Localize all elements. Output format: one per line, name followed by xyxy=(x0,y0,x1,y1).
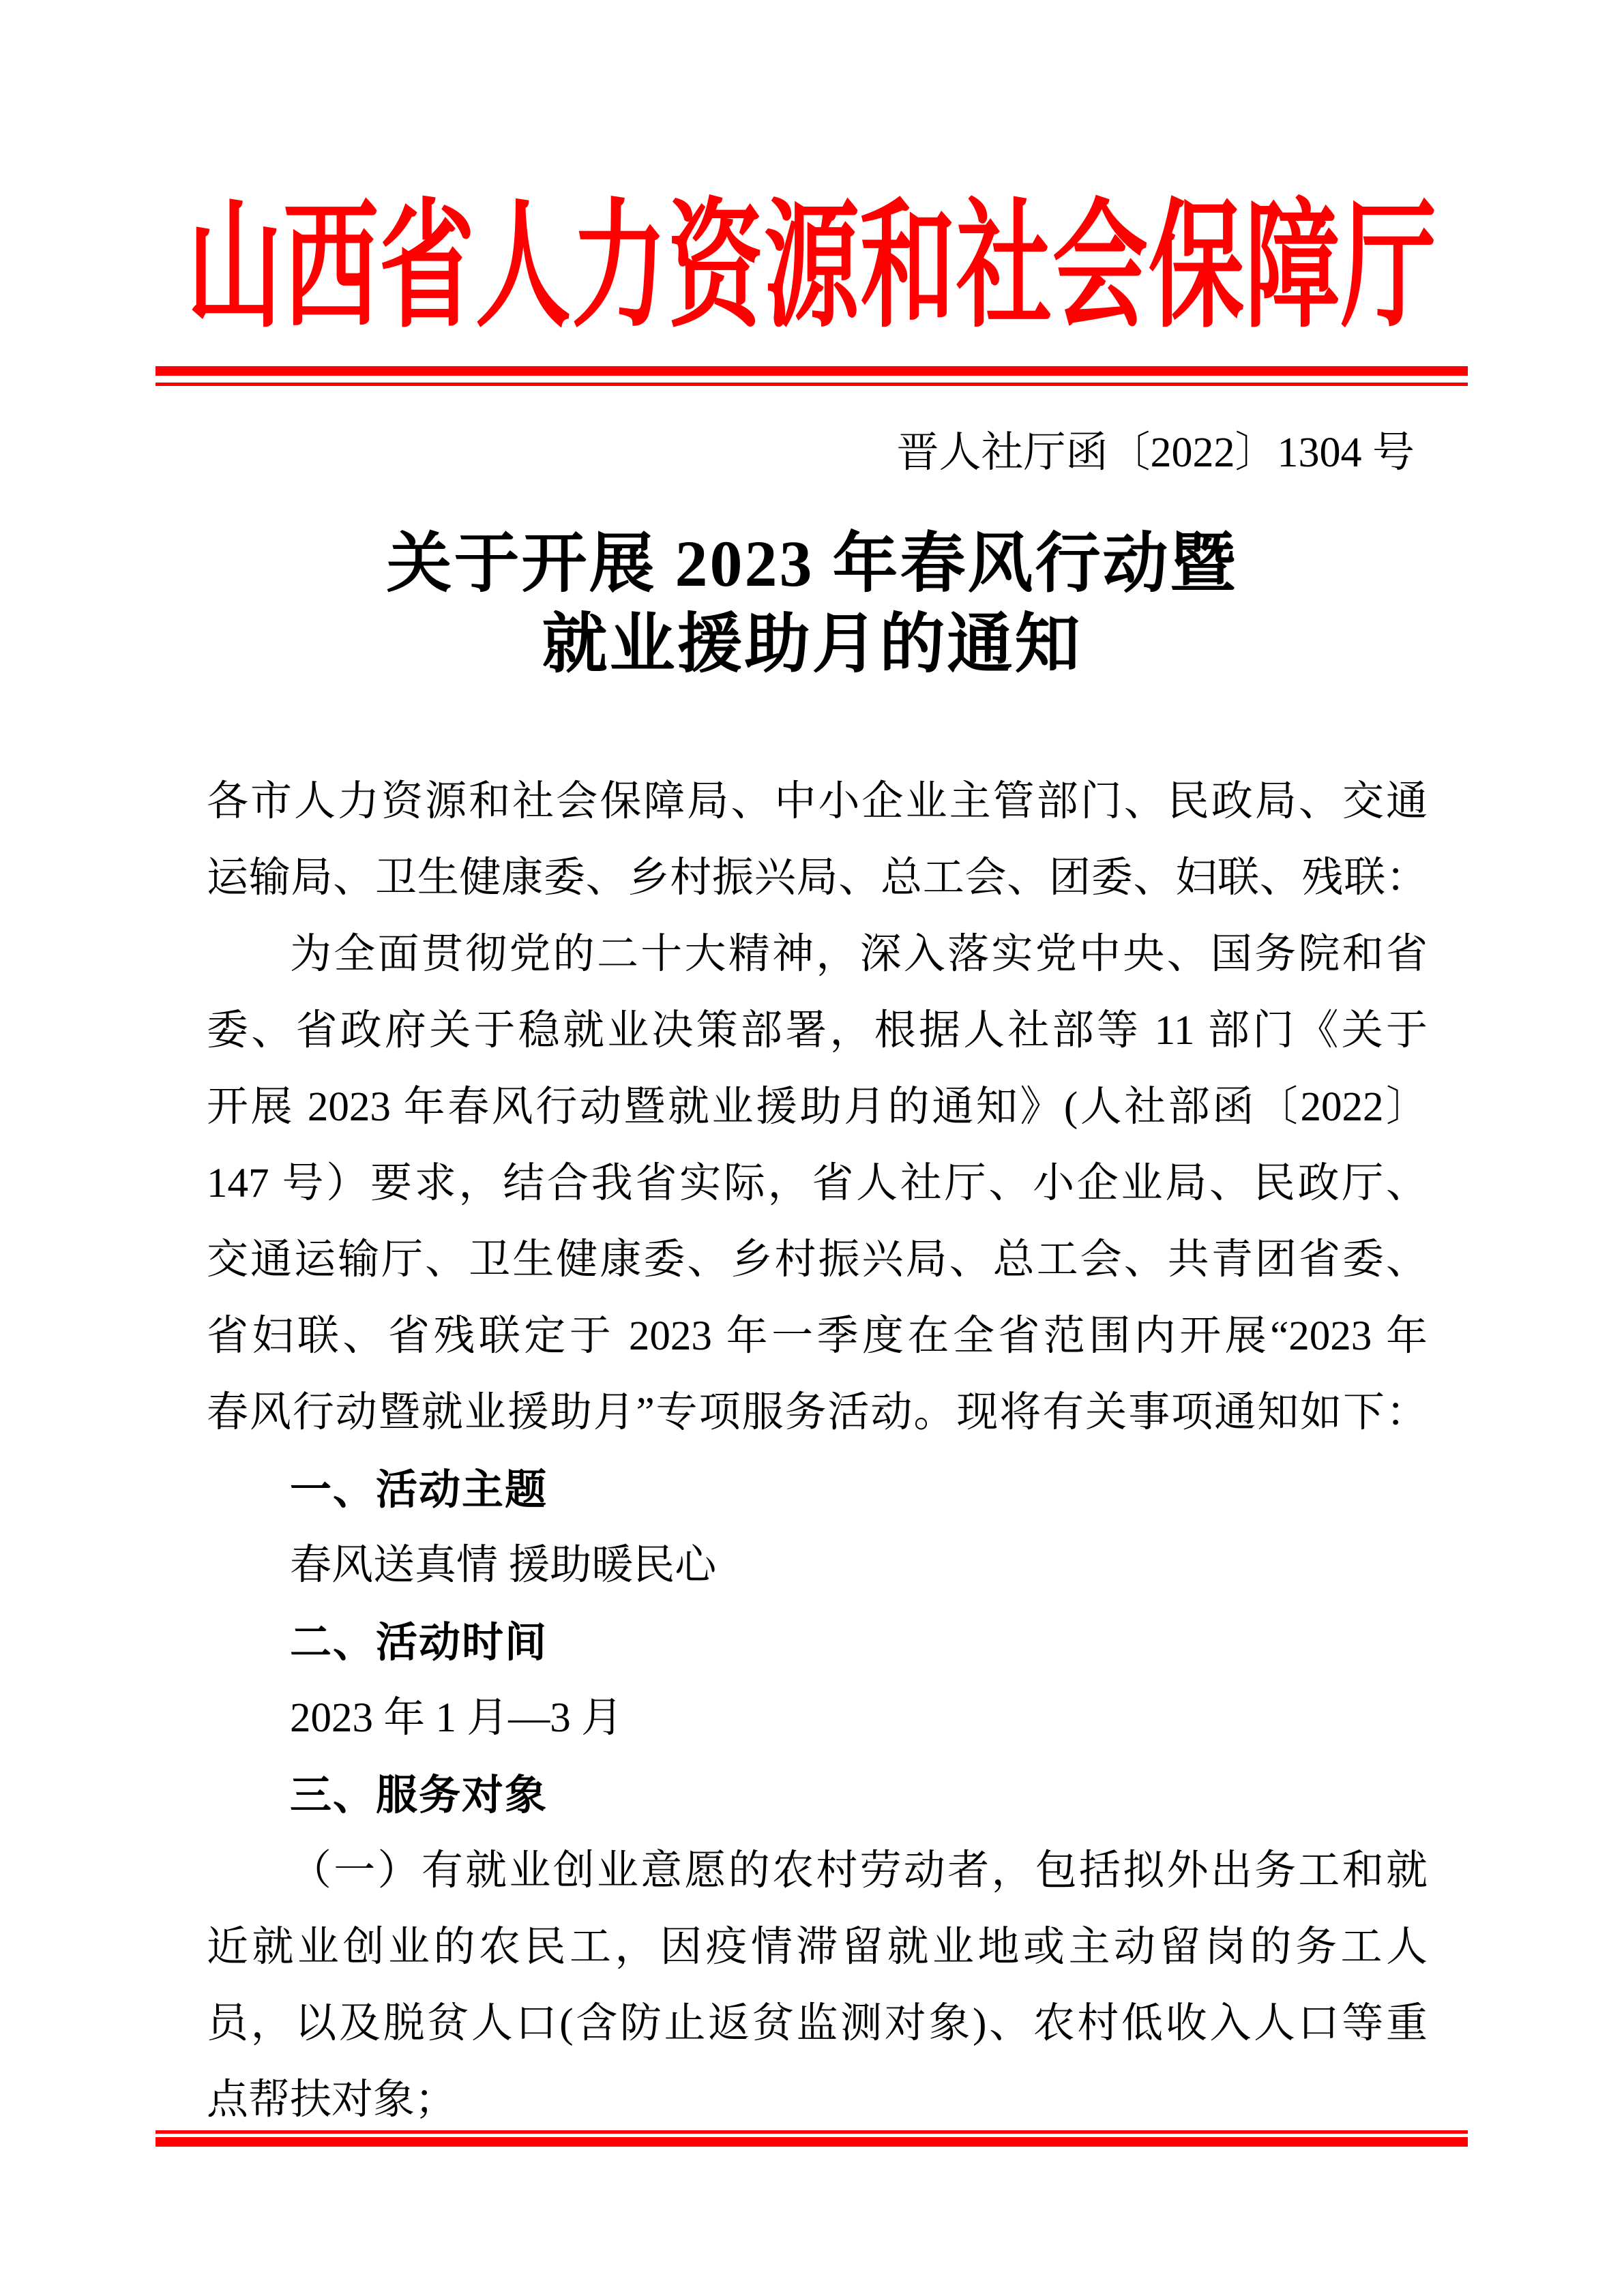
body-line: 为全面贯彻党的二十大精神，深入落实党中央、国务院和省 xyxy=(207,916,1428,993)
body-line: 点帮扶对象； xyxy=(207,2062,1428,2138)
body-line: 147 号）要求，结合我省实际，省人社厅、小企业局、民政厅、 xyxy=(207,1146,1428,1222)
body-line: 春风行动暨就业援助月”专项服务活动。现将有关事项通知如下： xyxy=(207,1375,1428,1451)
section-heading: 三、服务对象 xyxy=(207,1757,1428,1833)
body-line: 近就业创业的农民工，因疫情滞留就业地或主动留岗的务工人 xyxy=(207,1909,1428,1986)
body-lines: 各市人力资源和社会保障局、中小企业主管部门、民政局、交通运输局、卫生健康委、乡村… xyxy=(207,764,1428,2138)
body-line: 员，以及脱贫人口(含防止返贫监测对象)、农村低收入人口等重 xyxy=(207,1986,1428,2062)
body-line: 委、省政府关于稳就业决策部署，根据人社部等 11 部门《关于 xyxy=(207,993,1428,1069)
letterhead-title: 山西省人力资源和社会保障厅 xyxy=(187,199,1437,338)
body-line: 省妇联、省残联定于 2023 年一季度在全省范围内开展“2023 年 xyxy=(207,1298,1428,1375)
body-line: 运输局、卫生健康委、乡村振兴局、总工会、团委、妇联、残联： xyxy=(207,840,1428,916)
top-rule-thin xyxy=(156,383,1468,386)
notice-title-line2: 就业援助月的通知 xyxy=(0,604,1624,685)
body-line: （一）有就业创业意愿的农村劳动者，包括拟外出务工和就 xyxy=(207,1833,1428,1909)
body-line: 开展 2023 年春风行动暨就业援助月的通知》(人社部函〔2022〕 xyxy=(207,1069,1428,1146)
document-page: 山西省人力资源和社会保障厅 晋人社厅函〔2022〕1304 号 关于开展 202… xyxy=(0,0,1624,2296)
body-line: 春风送真情 援助暖民心 xyxy=(207,1527,1428,1604)
letterhead: 山西省人力资源和社会保障厅 xyxy=(0,199,1624,295)
bottom-rule-thick xyxy=(156,2137,1468,2147)
body-line: 各市人力资源和社会保障局、中小企业主管部门、民政局、交通 xyxy=(207,764,1428,840)
section-heading: 二、活动时间 xyxy=(207,1604,1428,1680)
notice-title: 关于开展 2023 年春风行动暨 就业援助月的通知 xyxy=(0,524,1624,685)
top-rule-thick xyxy=(156,366,1468,376)
body-line: 2023 年 1 月—3 月 xyxy=(207,1680,1428,1757)
notice-title-line1: 关于开展 2023 年春风行动暨 xyxy=(0,524,1624,604)
document-number: 晋人社厅函〔2022〕1304 号 xyxy=(205,428,1415,477)
section-heading: 一、活动主题 xyxy=(207,1451,1428,1527)
bottom-rule-thin xyxy=(156,2130,1468,2134)
body-line: 交通运输厅、卫生健康委、乡村振兴局、总工会、共青团省委、 xyxy=(207,1222,1428,1298)
